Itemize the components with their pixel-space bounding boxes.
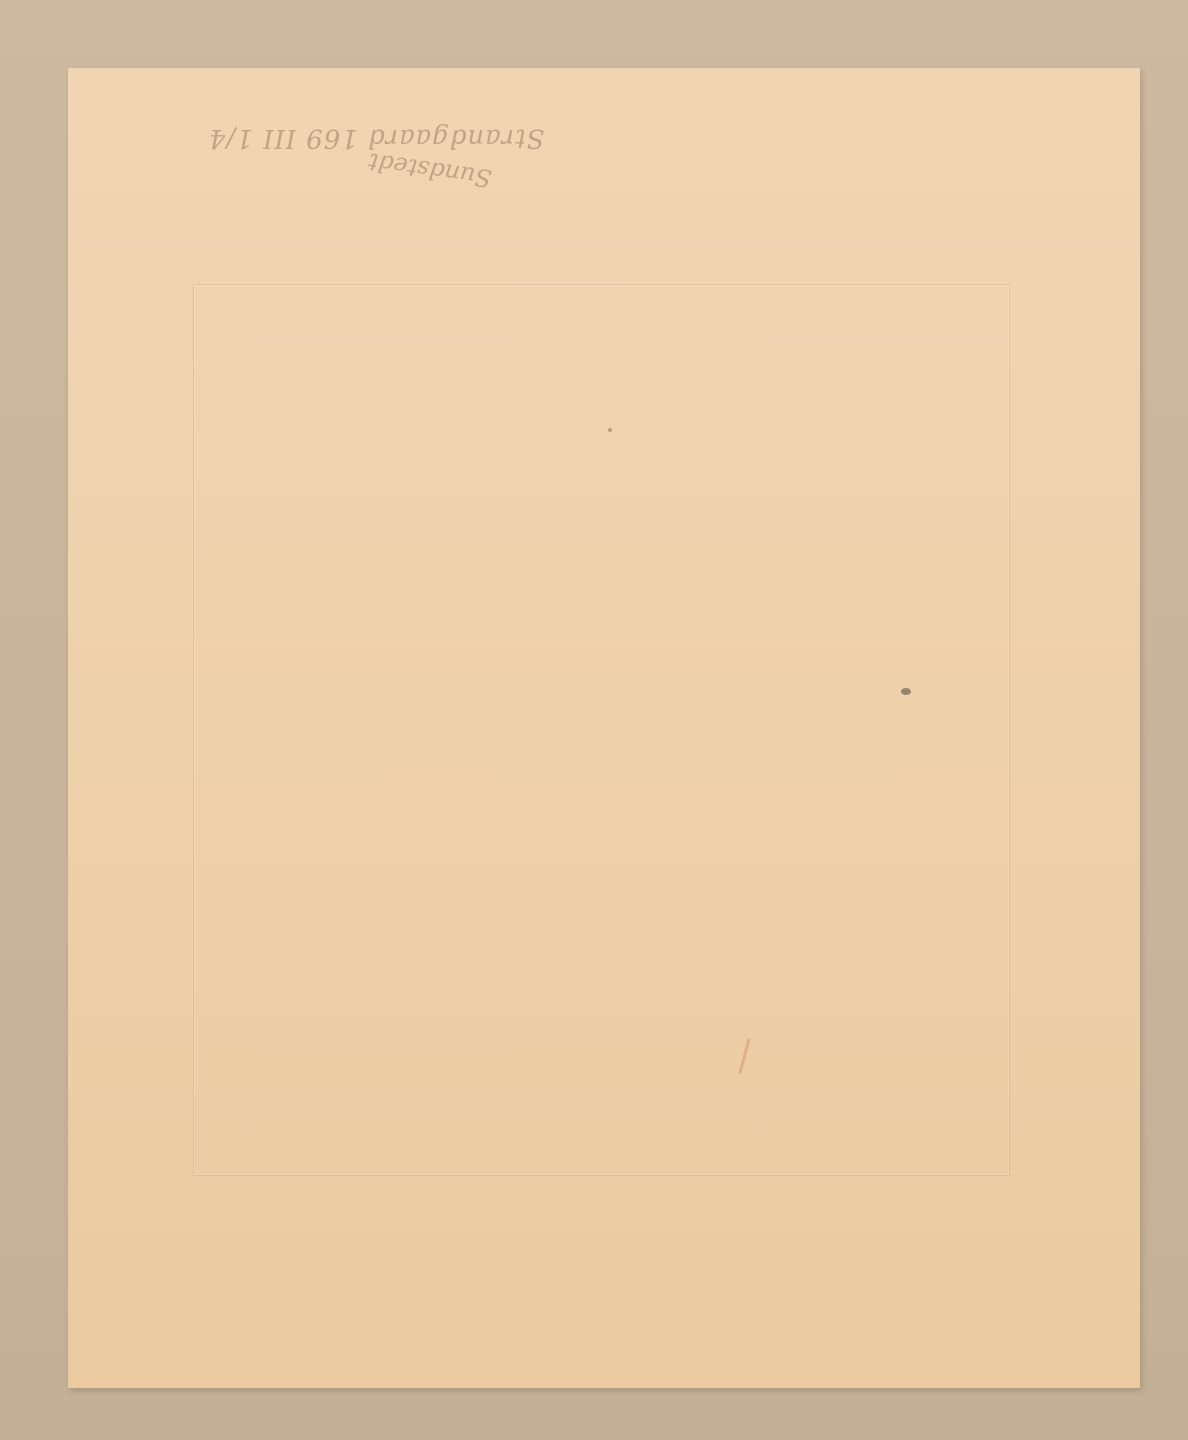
paper-speck [608, 428, 612, 432]
paper-spot [901, 688, 911, 695]
pencil-inscription-line-2: Strandgaard 169 III 1/4 [208, 123, 544, 153]
plate-mark [193, 284, 1010, 1176]
paper-sheet: Sundstedt Strandgaard 169 III 1/4 [68, 68, 1140, 1388]
pencil-inscription-line-1: Sundstedt [367, 148, 494, 193]
